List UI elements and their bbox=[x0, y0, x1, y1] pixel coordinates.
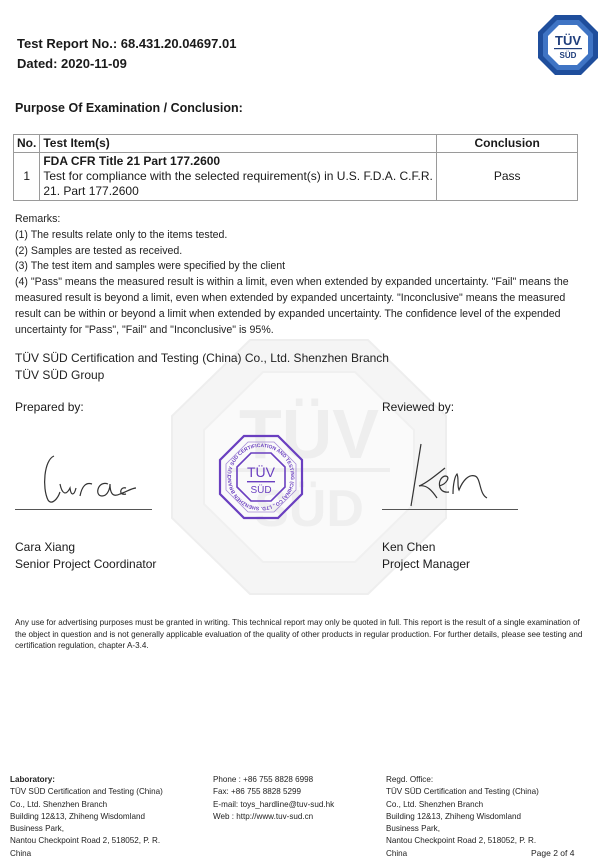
office-line: Co., Ltd. Shenzhen Branch bbox=[386, 799, 586, 811]
office-line: TÜV SÜD Certification and Testing (China… bbox=[386, 786, 586, 798]
table-header-row: No. Test Item(s) Conclusion bbox=[14, 135, 578, 153]
office-line: Nantou Checkpoint Road 2, 518052, P. R. bbox=[386, 835, 586, 847]
remark-item: (3) The test item and samples were speci… bbox=[15, 259, 585, 275]
laboratory-line: Business Park, bbox=[10, 823, 200, 835]
page-number: Page 2 of 4 bbox=[531, 848, 574, 858]
column-header-no: No. bbox=[14, 135, 40, 153]
contact-phone: Phone : +86 755 8828 6998 bbox=[213, 774, 383, 786]
office-line: Business Park, bbox=[386, 823, 586, 835]
contact-email[interactable]: E-mail: toys_hardline@tuv-sud.hk bbox=[213, 799, 383, 811]
svg-text:SÜD: SÜD bbox=[560, 51, 577, 60]
table-row: 1 FDA CFR Title 21 Part 177.2600 Test fo… bbox=[14, 153, 578, 201]
prepared-by-name: Cara Xiang bbox=[15, 539, 156, 556]
row-number: 1 bbox=[14, 153, 40, 201]
column-header-conclusion: Conclusion bbox=[437, 135, 578, 153]
prepared-by-block: Cara Xiang Senior Project Coordinator bbox=[15, 539, 156, 573]
office-heading: Regd. Office: bbox=[386, 774, 586, 786]
remarks-section: Remarks: (1) The results relate only to … bbox=[15, 212, 585, 338]
company-name: TÜV SÜD Certification and Testing (China… bbox=[15, 350, 389, 367]
laboratory-heading: Laboratory: bbox=[10, 774, 200, 786]
test-item-description: Test for compliance with the selected re… bbox=[43, 169, 433, 199]
prepared-signature-line bbox=[15, 509, 152, 510]
reviewed-by-title: Project Manager bbox=[382, 556, 470, 573]
laboratory-line: Building 12&13, Zhiheng Wisdomland bbox=[10, 811, 200, 823]
reviewed-by-name: Ken Chen bbox=[382, 539, 470, 556]
company-seal-icon: TÜV SÜD CERTIFICATION AND TESTING (CHINA… bbox=[218, 434, 304, 520]
svg-text:TÜV: TÜV bbox=[555, 33, 581, 48]
column-header-test-item: Test Item(s) bbox=[40, 135, 437, 153]
contact-web[interactable]: Web : http://www.tuv-sud.cn bbox=[213, 811, 383, 823]
remarks-heading: Remarks: bbox=[15, 212, 585, 228]
tuv-sud-logo-icon: TÜV SÜD bbox=[537, 14, 599, 76]
remark-item: (4) "Pass" means the measured result is … bbox=[15, 275, 585, 338]
footer-laboratory: Laboratory: TÜV SÜD Certification and Te… bbox=[10, 774, 200, 860]
company-block: TÜV SÜD Certification and Testing (China… bbox=[15, 350, 389, 384]
laboratory-line: TÜV SÜD Certification and Testing (China… bbox=[10, 786, 200, 798]
report-date: Dated: 2020-11-09 bbox=[17, 56, 127, 71]
prepared-by-title: Senior Project Coordinator bbox=[15, 556, 156, 573]
remark-item: (2) Samples are tested as received. bbox=[15, 244, 585, 260]
laboratory-line: Nantou Checkpoint Road 2, 518052, P. R. bbox=[10, 835, 200, 847]
reviewed-by-block: Ken Chen Project Manager bbox=[382, 539, 470, 573]
company-group: TÜV SÜD Group bbox=[15, 367, 389, 384]
report-number: Test Report No.: 68.431.20.04697.01 bbox=[17, 36, 236, 51]
remark-item: (1) The results relate only to the items… bbox=[15, 228, 585, 244]
footer-contact: Phone : +86 755 8828 6998 Fax: +86 755 8… bbox=[213, 774, 383, 823]
svg-text:TÜV: TÜV bbox=[247, 463, 276, 480]
purpose-heading: Purpose Of Examination / Conclusion: bbox=[15, 101, 243, 115]
conclusion-value: Pass bbox=[437, 153, 578, 201]
laboratory-line: China bbox=[10, 848, 200, 860]
reviewed-by-label: Reviewed by: bbox=[382, 400, 454, 414]
prepared-by-label: Prepared by: bbox=[15, 400, 84, 414]
reviewed-signature-line bbox=[382, 509, 518, 510]
office-line: Building 12&13, Zhiheng Wisdomland bbox=[386, 811, 586, 823]
laboratory-line: Co., Ltd. Shenzhen Branch bbox=[10, 799, 200, 811]
svg-text:SÜD: SÜD bbox=[250, 484, 271, 496]
signature-cara-icon bbox=[40, 448, 150, 508]
signature-ken-icon bbox=[405, 440, 495, 508]
disclaimer-text: Any use for advertising purposes must be… bbox=[15, 617, 590, 652]
results-table: No. Test Item(s) Conclusion 1 FDA CFR Ti… bbox=[13, 134, 578, 201]
test-item-title: FDA CFR Title 21 Part 177.2600 bbox=[43, 154, 433, 169]
contact-fax: Fax: +86 755 8828 5299 bbox=[213, 786, 383, 798]
test-item-cell: FDA CFR Title 21 Part 177.2600 Test for … bbox=[40, 153, 437, 201]
